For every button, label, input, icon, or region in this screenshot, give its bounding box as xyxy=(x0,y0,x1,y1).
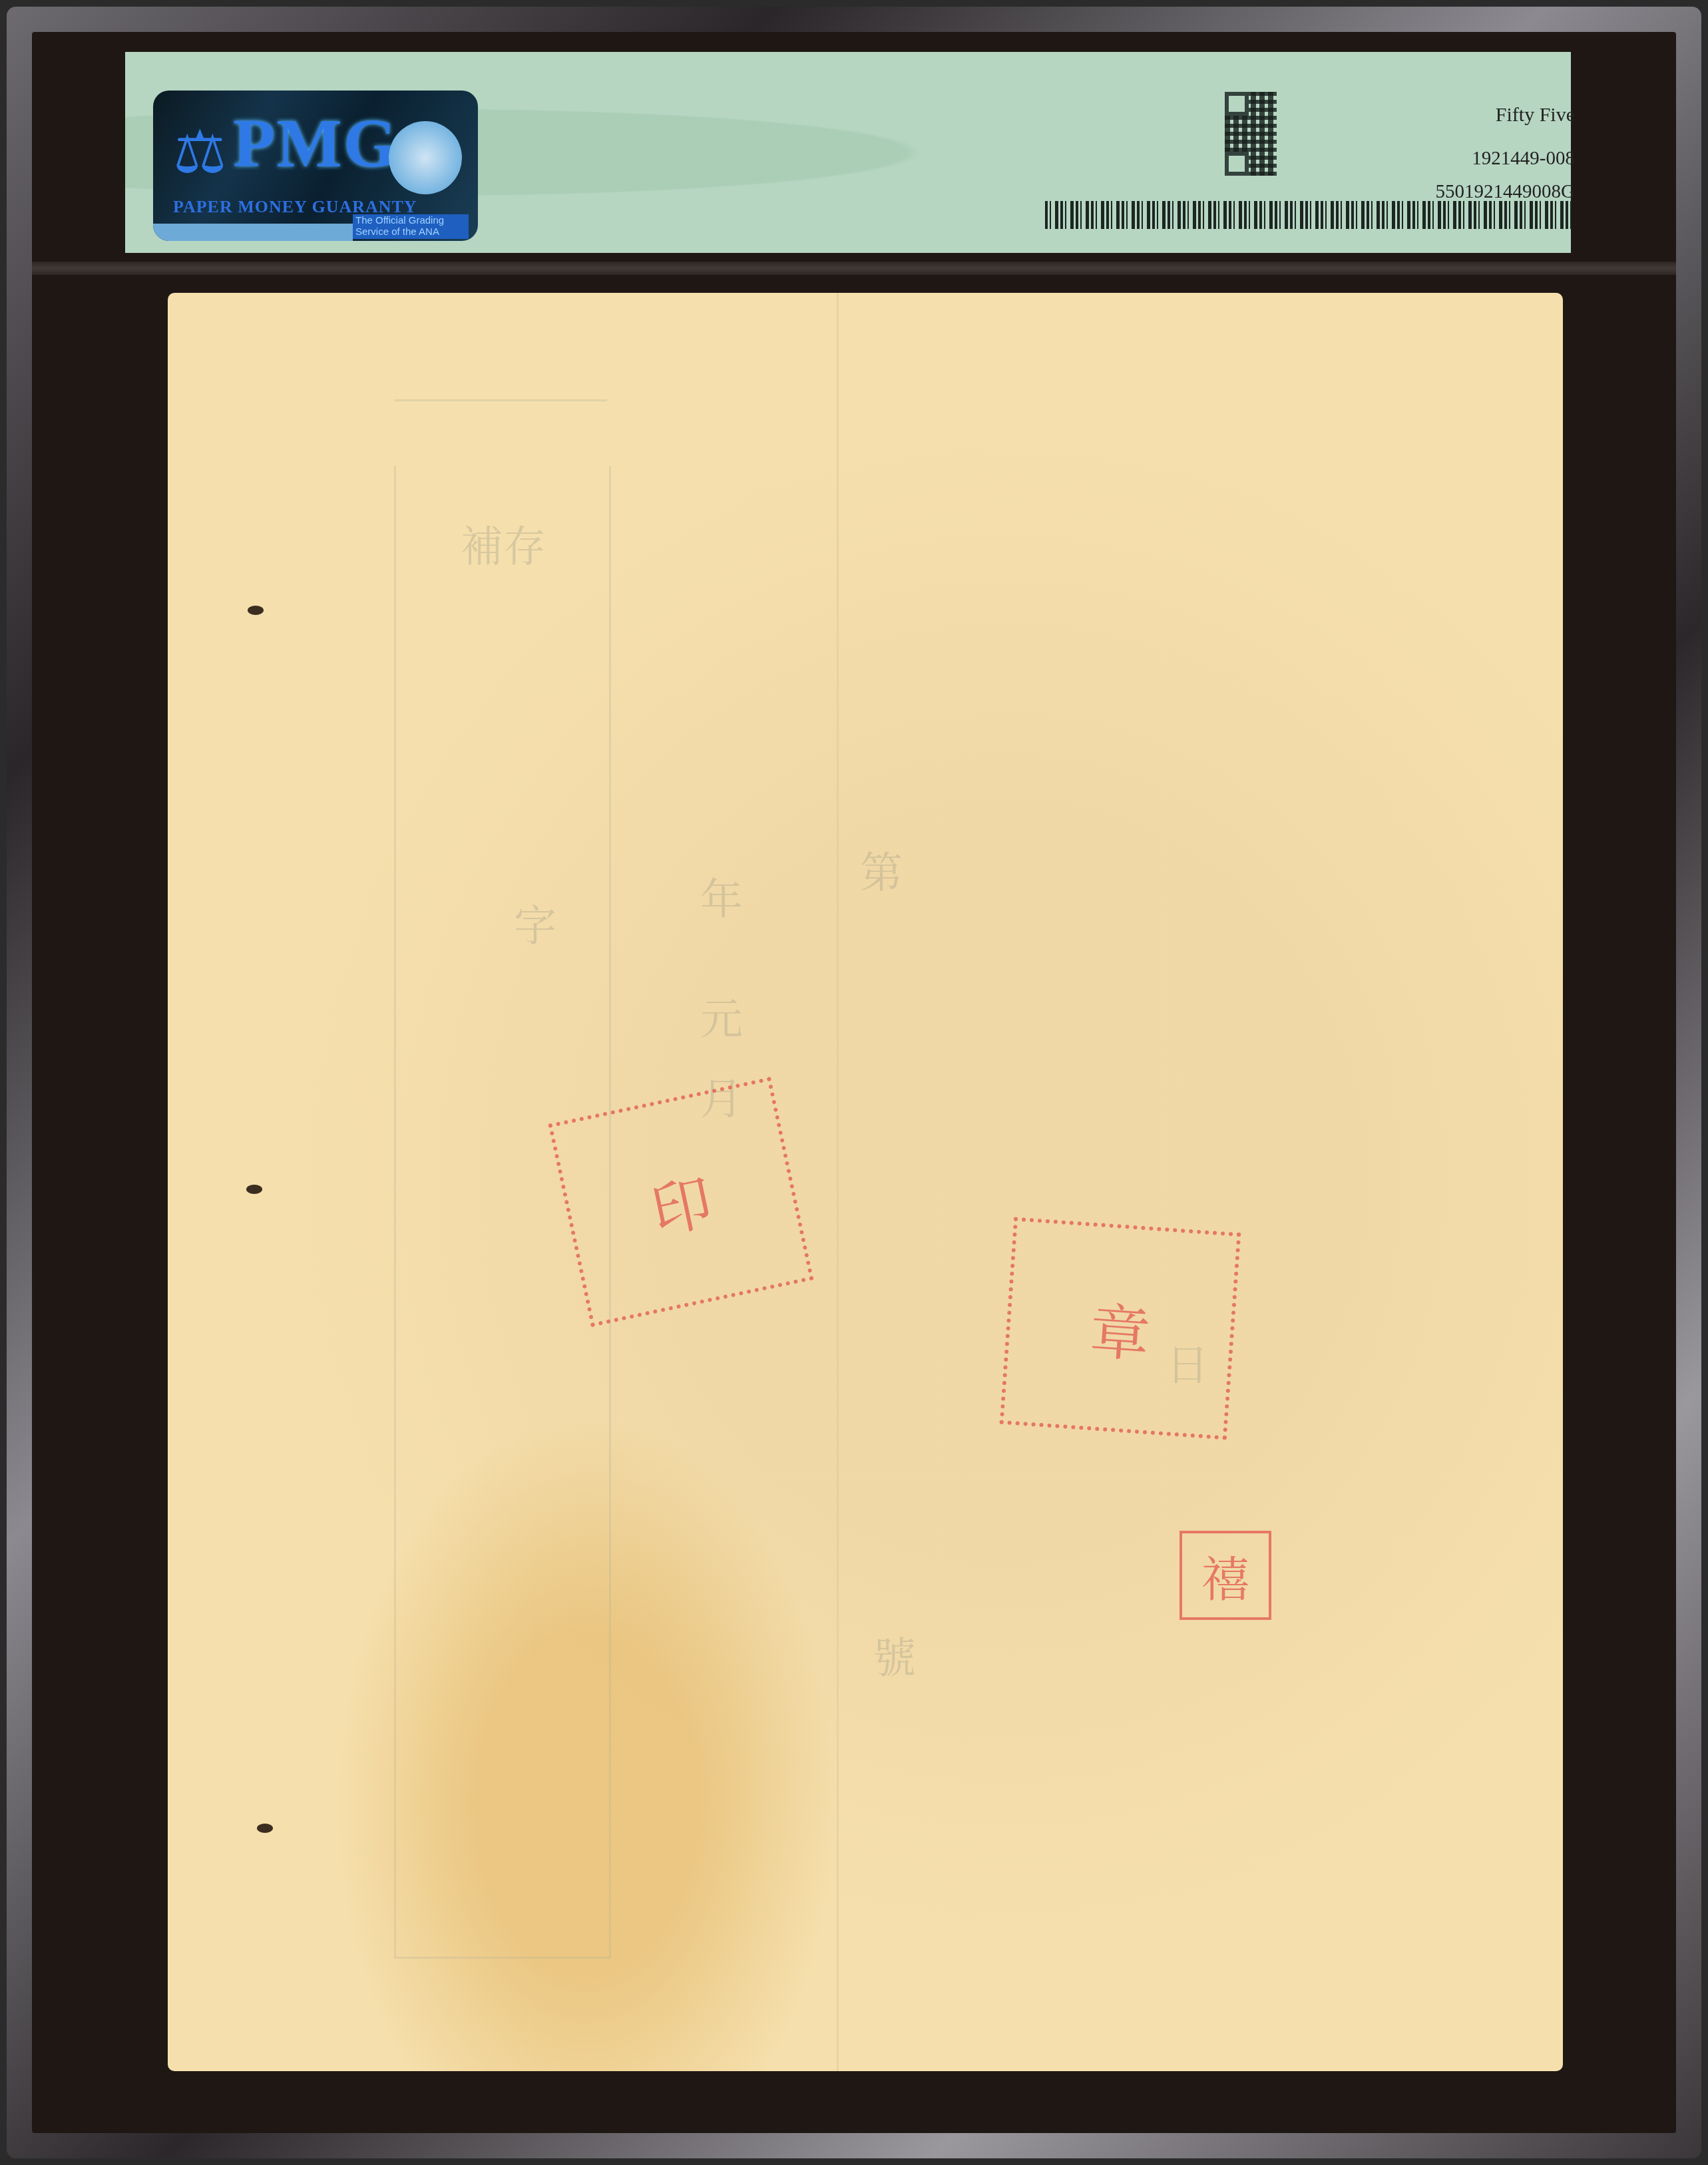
barcode-number: 5501921449008G xyxy=(1436,181,1575,203)
label-divider xyxy=(32,262,1676,275)
ghost-text: 年 xyxy=(700,865,743,926)
staple-hole xyxy=(257,1824,273,1833)
ghost-text: 補存 xyxy=(461,512,546,574)
hologram-seal-icon xyxy=(389,121,462,194)
red-seal-stamp: 章 xyxy=(1000,1217,1241,1440)
scales-of-justice-icon: ⚖ xyxy=(173,117,227,187)
staple-hole xyxy=(246,1185,262,1194)
pmg-logo-text: PMG xyxy=(233,104,399,183)
ana-tagline: The Official Grading Service of the ANA xyxy=(353,214,469,239)
small-red-seal-stamp: 禧 xyxy=(1179,1531,1271,1620)
fold-line xyxy=(837,293,839,2071)
ghost-text: 號 xyxy=(873,1624,916,1685)
ghost-text: 元 xyxy=(700,985,743,1046)
barcode-icon xyxy=(1045,201,1572,229)
ghost-text: 第 xyxy=(860,839,903,900)
grade-text: Fifty Five xyxy=(1496,104,1575,126)
banknote-back: 補存 字 第 號 年 月 日 元 印 章 禧 xyxy=(168,293,1563,2071)
pmg-hologram: ⚖ PMG PAPER MONEY GUARANTY The Official … xyxy=(153,91,478,241)
ghost-text: 字 xyxy=(514,892,556,953)
hologram-band xyxy=(153,224,353,241)
qr-code-icon[interactable] xyxy=(1225,92,1277,176)
ghost-frame-top xyxy=(394,399,607,468)
staple-hole xyxy=(248,606,264,615)
cert-number: 1921449-008 xyxy=(1472,148,1575,170)
